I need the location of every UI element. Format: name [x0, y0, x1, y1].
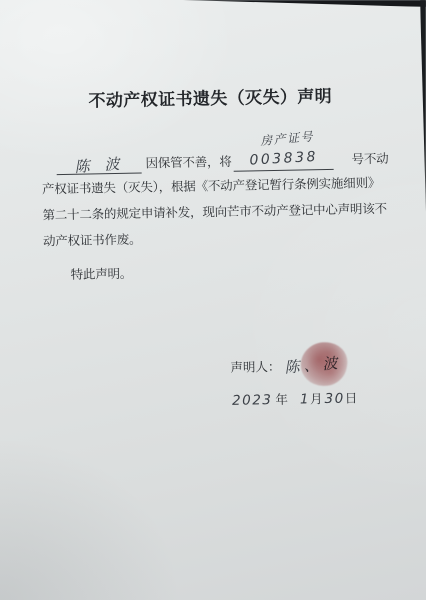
body-line-4: 动产权证书作废。 [43, 230, 142, 250]
document-title: 不动产权证书遗失（灭失）声明 [0, 80, 423, 113]
name-blank-underline: 陈 波 [56, 153, 141, 176]
declarant-label: 声明人： [230, 356, 280, 375]
document-content: 不动产权证书遗失（灭失）声明 房产证号 陈 波因保管不善，将003838号不动 … [0, 0, 426, 600]
date-row: 2023年1月30日 [232, 388, 358, 408]
printed-text-number-suffix: 号不动 [351, 149, 388, 170]
certificate-number-blank-underline: 003838 [233, 149, 333, 172]
body-line-3: 第二十二条的规定申请补发，现向芒市不动产登记中心声明该不 [42, 199, 387, 224]
printed-day-suffix: 日 [345, 391, 358, 405]
handwritten-day: 30 [324, 391, 344, 407]
handwritten-certificate-number: 003838 [249, 149, 318, 169]
printed-text-reason: 因保管不善，将 [145, 152, 231, 174]
handwritten-declarant-name: 陈 波 [74, 153, 125, 178]
printed-month-suffix: 月 [310, 392, 323, 406]
body-line-2: 产权证书遗失（灭失），根据《不动产登记暂行条例实施细则》 [42, 173, 380, 197]
handwritten-month: 1 [300, 391, 310, 407]
handwritten-year: 2023 [232, 392, 273, 409]
handwritten-annotation-certificate-type: 房产证号 [259, 127, 314, 149]
printed-year-suffix: 年 [275, 393, 288, 407]
closing-statement: 特此声明。 [70, 264, 132, 283]
photographed-document: 不动产权证书遗失（灭失）声明 房产证号 陈 波因保管不善，将003838号不动 … [0, 0, 426, 600]
body-line-1: 陈 波因保管不善，将003838号不动 [56, 147, 388, 175]
